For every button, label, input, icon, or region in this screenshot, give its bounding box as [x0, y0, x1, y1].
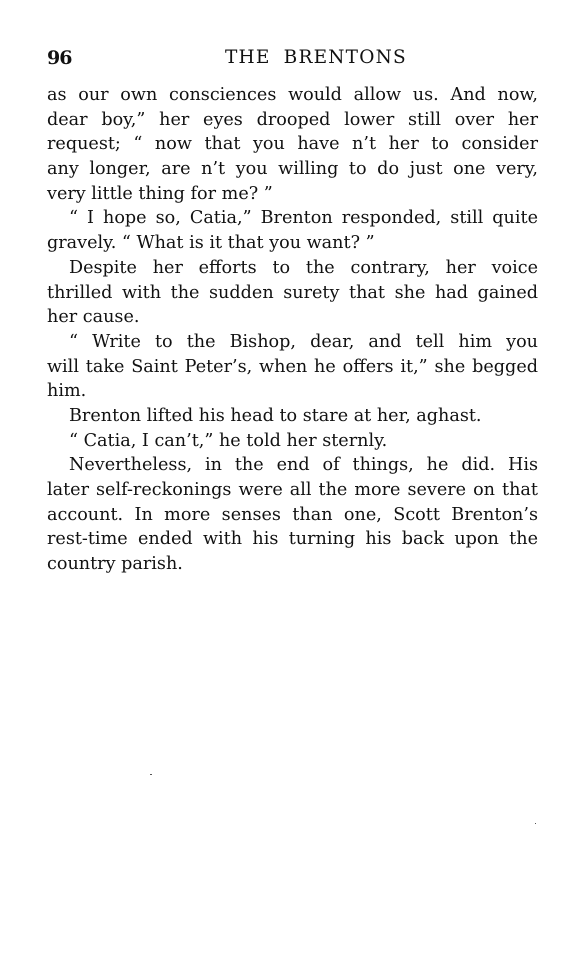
text-line: account. In more senses than one, Scott … — [47, 503, 538, 528]
body-text: as our own consciences would allow us. A… — [47, 83, 538, 577]
text-line: Brenton lifted his head to stare at her,… — [47, 404, 538, 429]
text-line: later self-reckonings were all the more … — [47, 478, 538, 503]
scan-speck — [535, 823, 536, 824]
page-number: 96 — [47, 47, 71, 69]
text-line: thrilled with the sudden surety that she… — [47, 281, 538, 306]
text-line: dear boy,” her eyes drooped lower still … — [47, 108, 538, 133]
text-line: country parish. — [47, 552, 538, 577]
text-line: very little thing for me? ” — [47, 182, 538, 207]
scan-speck — [150, 774, 152, 775]
text-line: “ Write to the Bishop, dear, and tell hi… — [47, 330, 538, 355]
text-line: him. — [47, 379, 538, 404]
text-line: Despite her efforts to the contrary, her… — [47, 256, 538, 281]
text-line: “ Catia, I can’t,” he told her sternly. — [47, 429, 538, 454]
running-head: THE BRENTONS — [225, 47, 407, 68]
text-line: any longer, are n’t you willing to do ju… — [47, 157, 538, 182]
text-line: “ I hope so, Catia,” Brenton responded, … — [47, 206, 538, 231]
book-page: 96 THE BRENTONS as our own consciences w… — [0, 0, 574, 955]
text-line: as our own consciences would allow us. A… — [47, 83, 538, 108]
text-line: will take Saint Peter’s, when he offers … — [47, 355, 538, 380]
page-header: 96 THE BRENTONS — [47, 47, 538, 73]
text-line: rest-time ended with his turning his bac… — [47, 527, 538, 552]
text-line: request; “ now that you have n’t her to … — [47, 132, 538, 157]
text-line: her cause. — [47, 305, 538, 330]
text-line: gravely. “ What is it that you want? ” — [47, 231, 538, 256]
text-line: Nevertheless, in the end of things, he d… — [47, 453, 538, 478]
